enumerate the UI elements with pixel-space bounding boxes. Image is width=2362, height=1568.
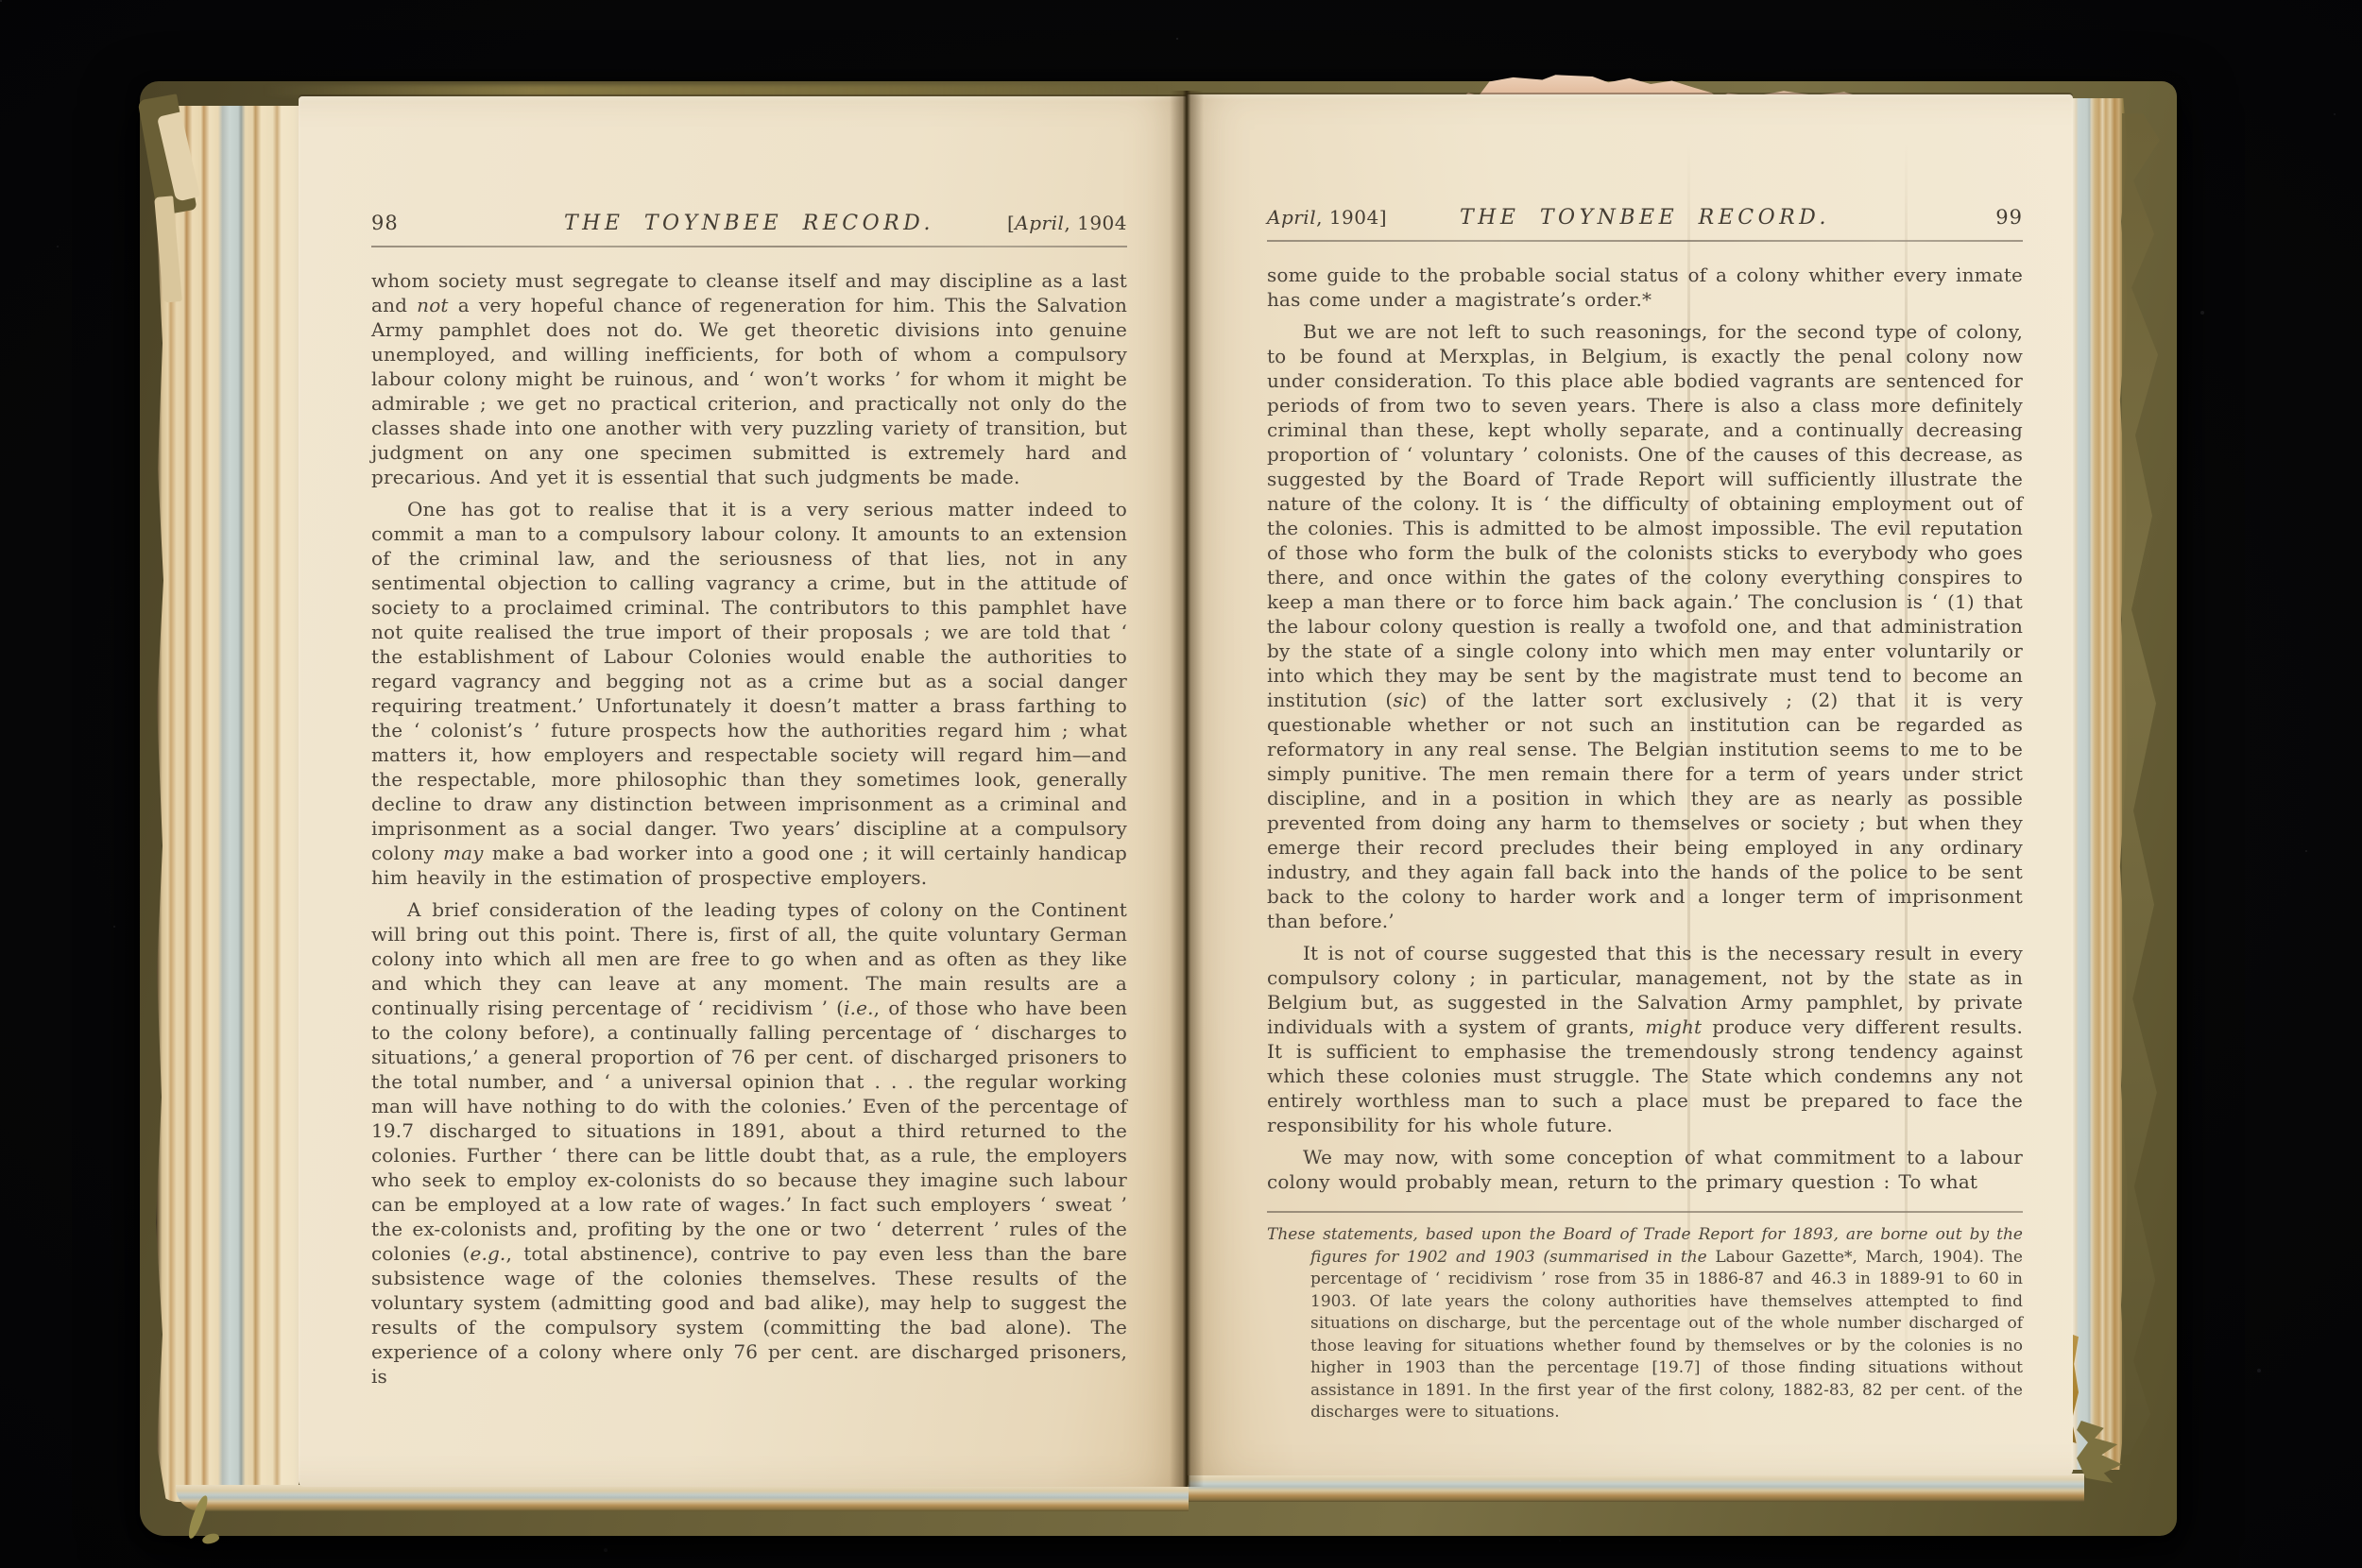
dust-specks <box>0 0 2 2</box>
page-edges-left <box>155 106 299 1502</box>
right-page: April, 1904] THE TOYNBEE RECORD. 99 some… <box>1187 94 2073 1475</box>
paragraph: A brief consideration of the leading typ… <box>371 897 1127 1389</box>
paragraph: whom society must segregate to cleanse i… <box>371 268 1127 489</box>
gutter-shadow <box>1170 91 1204 1487</box>
footnote-rule <box>1267 1211 2023 1213</box>
page-number: 99 <box>1858 206 2023 229</box>
right-page-text: April, 1904] THE TOYNBEE RECORD. 99 some… <box>1267 206 2023 1424</box>
photo-background: 98 THE TOYNBEE RECORD. [April, 1904 whom… <box>0 0 2362 1568</box>
page-number: 98 <box>371 212 536 234</box>
cover-top-sheen <box>263 85 1160 96</box>
page-edges-bottom-left <box>176 1485 1189 1511</box>
footnote: These statements, based upon the Board o… <box>1267 1224 2023 1424</box>
paragraph: We may now, with some conception of what… <box>1267 1145 2023 1194</box>
paragraph: One has got to realise that it is a very… <box>371 497 1127 890</box>
journal-title: THE TOYNBEE RECORD. <box>536 212 963 235</box>
left-page-header: 98 THE TOYNBEE RECORD. [April, 1904 <box>371 212 1127 235</box>
issue-date: April, 1904] <box>1267 206 1431 229</box>
right-page-header: April, 1904] THE TOYNBEE RECORD. 99 <box>1267 206 2023 230</box>
page-edges-bottom-right <box>1189 1474 2084 1502</box>
issue-date: [April, 1904 <box>963 212 1127 234</box>
header-rule <box>371 246 1127 247</box>
paragraph: It is not of course suggested that this … <box>1267 941 2023 1137</box>
left-page-body: whom society must segregate to cleanse i… <box>371 268 1127 1389</box>
paragraph: some guide to the probable social status… <box>1267 263 2023 312</box>
open-book: 98 THE TOYNBEE RECORD. [April, 1904 whom… <box>140 81 2177 1536</box>
left-page-text: 98 THE TOYNBEE RECORD. [April, 1904 whom… <box>371 212 1127 1389</box>
right-page-body: some guide to the probable social status… <box>1267 263 2023 1194</box>
page-edges-right <box>2073 98 2128 1470</box>
header-rule <box>1267 240 2023 242</box>
left-page: 98 THE TOYNBEE RECORD. [April, 1904 whom… <box>299 96 1187 1487</box>
journal-title: THE TOYNBEE RECORD. <box>1431 206 1858 230</box>
paragraph: But we are not left to such reasonings, … <box>1267 319 2023 933</box>
